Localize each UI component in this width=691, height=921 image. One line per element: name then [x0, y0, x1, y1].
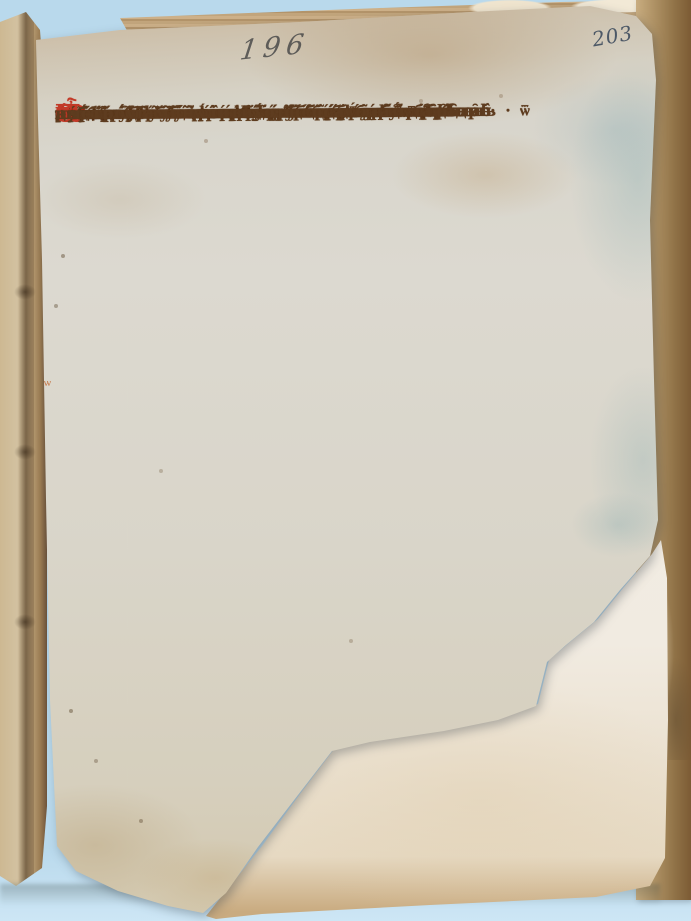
manuscript-page: 196 203 ѡ Нєволєньоу́чємникь · и́кьбг̃оу…	[0, 0, 691, 921]
library-foliation-number: 203	[590, 21, 635, 52]
manuscript-photo: 196 203 ѡ Нєволєньоу́чємникь · и́кьбг̃оу…	[0, 0, 691, 921]
manuscript-line: строу́іаминѡ́литихо	[55, 102, 81, 127]
text-block: Нєволєньоу́чємникь · и́кьбг̃оу нєбл̃гово…	[55, 98, 600, 102]
ink-speckles	[0, 0, 2, 2]
folio-number-pencil: 196	[238, 28, 312, 67]
ink-text: строу́іаминѡ́литихо	[81, 100, 275, 126]
marginal-mark: ѡ	[44, 376, 51, 389]
page-wrap: 196 203 ѡ Нєволєньоу́чємникь · и́кьбг̃оу…	[0, 0, 691, 921]
